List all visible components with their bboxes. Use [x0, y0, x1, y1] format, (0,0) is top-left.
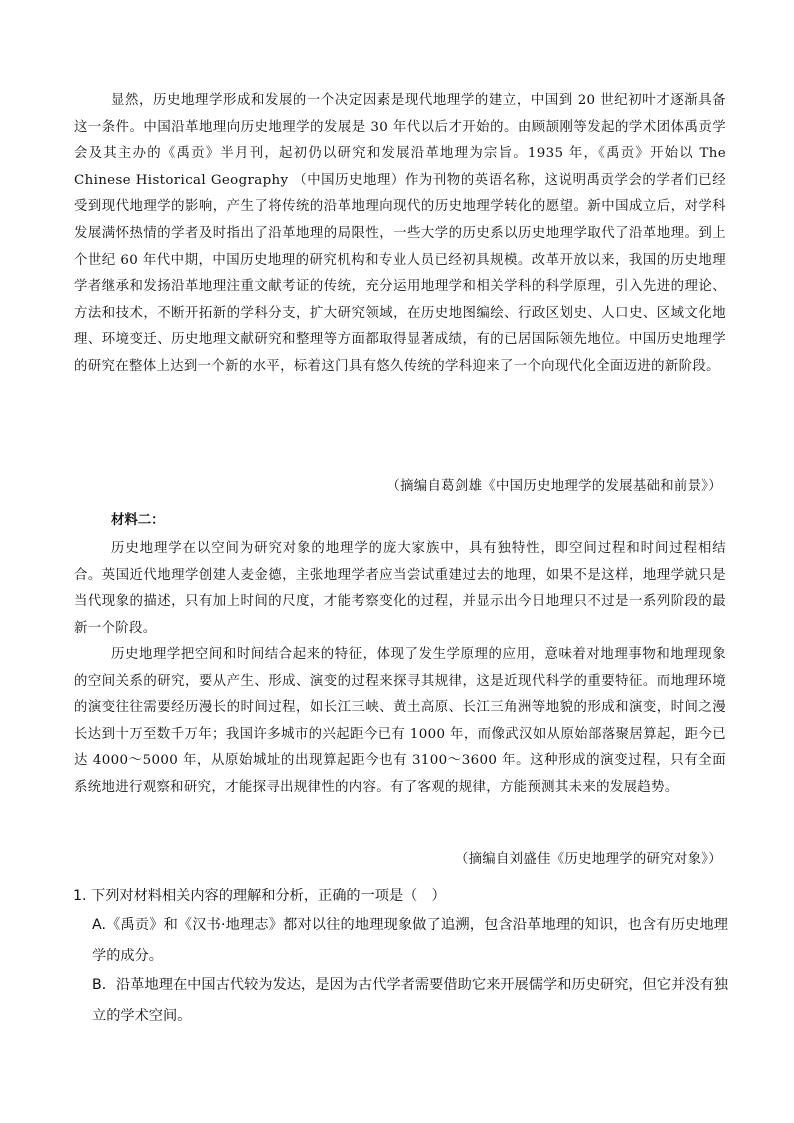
- question-1-option-a: A.《禹贡》和《汉书·地理志》都对以往的地理现象做了追溯，包含沿革地理的知识，也…: [92, 910, 728, 971]
- material-two-paragraph-1: 历史地理学在以空间为研究对象的地理学的庞大家族中，具有独特性，即空间过程和时间过…: [74, 536, 726, 642]
- material-two-paragraph-2: 历史地理学把空间和时间结合起来的特征，体现了发生学原理的应用，意味着对地理事物和…: [74, 642, 726, 802]
- document-page: 显然，历史地理学形成和发展的一个决定因素是现代地理学的建立，中国到 20 世纪初…: [0, 0, 794, 1123]
- material-one-paragraph: 显然，历史地理学形成和发展的一个决定因素是现代地理学的建立，中国到 20 世纪初…: [74, 88, 726, 381]
- question-1-stem: 1. 下列对材料相关内容的理解和分析，正确的一项是（ ）: [73, 881, 733, 912]
- material-two-source-citation: （摘编自刘盛佳《历史地理学的研究对象》）: [455, 847, 722, 874]
- material-two-label: 材料二：: [111, 508, 165, 535]
- material-one-source-citation: （摘编自葛剑雄《中国历史地理学的发展基础和前景》）: [386, 474, 722, 501]
- question-1-option-b: B．沿革地理在中国古代较为发达，是因为古代学者需要借助它来开展儒学和历史研究，但…: [92, 970, 728, 1031]
